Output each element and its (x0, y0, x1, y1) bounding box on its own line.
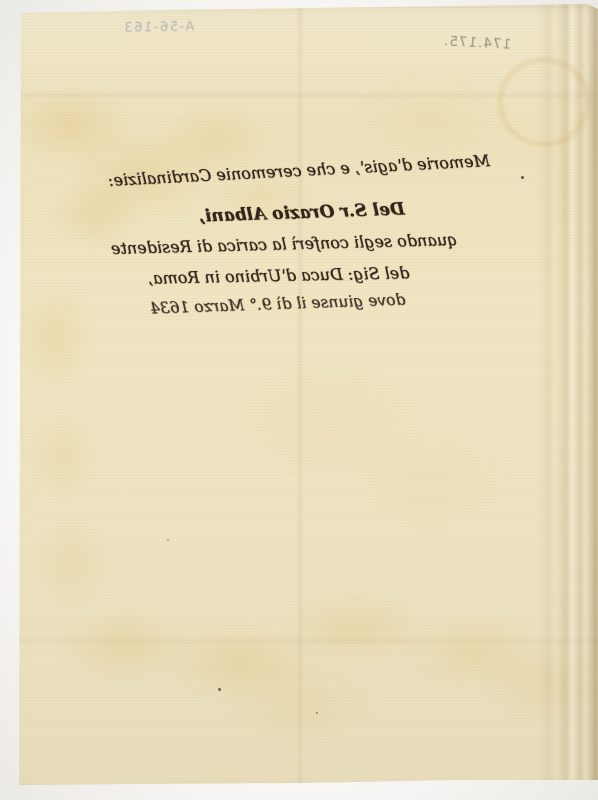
bleedthrough-line-1: Memorie d'agis', e che ceremonie Cardina… (108, 155, 413, 190)
pencil-annotation-top-right: 174.175. (431, 33, 524, 54)
bleedthrough-line-3: quando segli conferì la carica di Reside… (111, 231, 415, 258)
bleedthrough-line-2-text: Del S.r Orazio Albani, (199, 199, 405, 226)
pencil-annotation-top-left: A-56-163 (100, 19, 218, 36)
bleedthrough-line-1-text: Memorie d'agis', e che ceremonie Cardina… (108, 151, 491, 190)
bleedthrough-text-block: Memorie d'agis', e che ceremonie Cardina… (108, 163, 412, 333)
ring-stain (492, 52, 596, 152)
ink-speck (167, 539, 169, 541)
bleedthrough-line-5: dove giunse il dì 9.° Marzo 1634 (126, 290, 430, 319)
pencil-folio-numbers-text: 174.175. (443, 33, 512, 53)
ink-speck (218, 688, 221, 691)
bleedthrough-line-2: Del S.r Orazio Albani, (150, 198, 455, 229)
pencil-shelfmark-text: A-56-163 (123, 19, 195, 35)
ink-speck (521, 176, 524, 179)
ink-speck (316, 712, 318, 714)
scan-image: { "document": { "description": "Scanned … (0, 0, 598, 800)
manuscript-page: A-56-163 174.175. Memorie d'agis', e che… (0, 0, 598, 800)
bleedthrough-line-3-text: quando segli conferì la carica di Reside… (111, 230, 458, 258)
bleedthrough-line-5-text: dove giunse il dì 9.° Marzo 1634 (150, 291, 406, 318)
bleedthrough-line-4-text: del Sig: Duca d'Urbino in Roma, (148, 263, 410, 287)
bleedthrough-line-4: del Sig: Duca d'Urbino in Roma, (127, 263, 431, 288)
